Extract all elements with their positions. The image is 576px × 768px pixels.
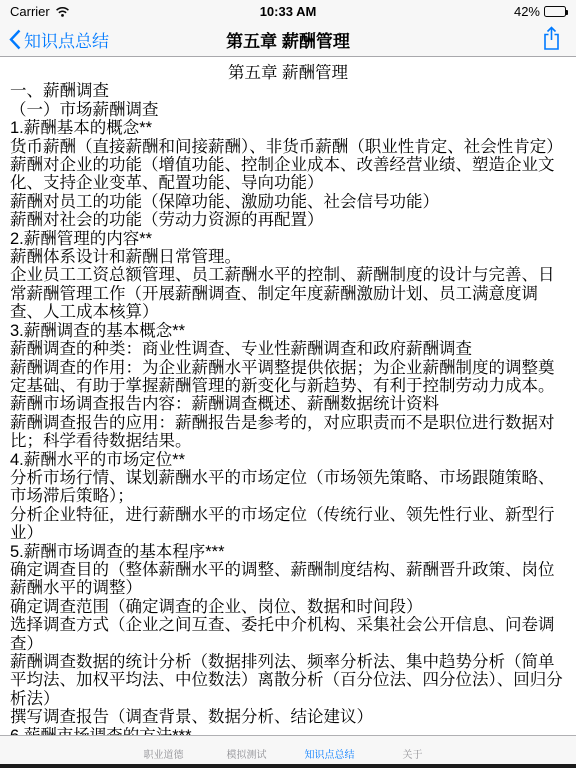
battery-percent: 42% [514,4,540,19]
content-paragraph: 1.薪酬基本的概念** [10,119,566,137]
content-paragraph: 薪酬对社会的功能（劳动力资源的再配置） [10,211,566,229]
content-paragraph: 薪酬体系设计和薪酬日常管理。 [10,248,566,266]
tab-mock-test[interactable]: 模拟测试 [205,746,288,764]
content-paragraph: 3.薪酬调查的基本概念** [10,322,566,340]
content-paragraph: 薪酬调查的种类：商业性调查、专业性薪酬调查和政府薪酬调查 [10,340,566,358]
content-paragraph: 确定调查目的（整体薪酬水平的调整、薪酬制度结构、薪酬晋升政策、岗位薪酬水平的调整… [10,561,566,598]
content-paragraph: 薪酬对企业的功能（增值功能、控制企业成本、改善经营业绩、塑造企业文化、支持企业变… [10,156,566,193]
content-paragraph: 5.薪酬市场调查的基本程序*** [10,543,566,561]
share-button[interactable] [542,26,561,51]
content-paragraph: 薪酬调查数据的统计分析（数据排列法、频率分析法、集中趋势分析（简单平均法、加权平… [10,653,566,708]
content-paragraph: 选择调查方式（企业之间互查、委托中介机构、采集社会公开信息、问卷调查） [10,616,566,653]
tab-knowledge-summary[interactable]: 知识点总结 [288,746,371,764]
content-paragraph: 撰写调查报告（调查背景、数据分析、结论建议） [10,708,566,726]
status-time: 10:33 AM [0,4,576,19]
content-paragraph: 薪酬市场调查报告内容：薪酬调查概述、薪酬数据统计资料 [10,395,566,413]
status-bar: 10:33 AM Carrier 42% [0,0,576,22]
content-paragraph: 确定调查范围（确定调查的企业、岗位、数据和时间段） [10,598,566,616]
app-screen: 10:33 AM Carrier 42% [0,0,576,768]
content-paragraph: 2.薪酬管理的内容** [10,230,566,248]
tab-occupational-ethics[interactable]: 职业道德 [122,746,205,764]
bottom-edge-strip [0,764,576,768]
share-icon [542,38,561,55]
content-paragraph: 货币薪酬（直接薪酬和间接薪酬）、非货币薪酬（职业性肯定、社会性肯定） [10,138,566,156]
tab-bar: 职业道德 模拟测试 知识点总结 关于 [0,735,576,764]
content-paragraph: （一）市场薪酬调查 [10,101,566,119]
content-paragraph: 企业员工工资总额管理、员工薪酬水平的控制、薪酬制度的设计与完善、日常薪酬管理工作… [10,266,566,321]
content-paragraph: 薪酬调查报告的应用：薪酬报告是参考的，对应职责而不是职位进行数据对比；科学看待数… [10,414,566,451]
content-paragraph: 薪酬调查的作用：为企业薪酬水平调整提供依据；为企业薪酬制度的调整奠定基础、有助于… [10,359,566,396]
content-paragraph: 一、薪酬调查 [10,82,566,100]
chevron-left-icon [9,29,21,50]
content-paragraph: 4.薪酬水平的市场定位** [10,451,566,469]
content-paragraph: 分析市场行情、谋划薪酬水平的市场定位（市场领先策略、市场跟随策略、市场滞后策略）… [10,469,566,506]
back-button-label: 知识点总结 [24,27,109,52]
top-chrome: 10:33 AM Carrier 42% [0,0,576,57]
content-paragraph: 6.薪酬市场调查的方法*** [10,727,566,735]
carrier-label: Carrier [10,4,50,19]
wifi-icon [55,6,70,17]
chapter-heading: 第五章 薪酬管理 [10,64,566,82]
back-button[interactable]: 知识点总结 [9,22,109,56]
content-scroll-area[interactable]: 第五章 薪酬管理 一、薪酬调查 （一）市场薪酬调查 1.薪酬基本的概念** 货币… [0,58,576,735]
content-paragraph: 薪酬对员工的功能（保障功能、激励功能、社会信号功能） [10,193,566,211]
navigation-bar: 知识点总结 第五章 薪酬管理 [0,22,576,56]
battery-icon [544,6,566,17]
content-paragraph: 分析企业特征，进行薪酬水平的市场定位（传统行业、领先性行业、新型行业） [10,506,566,543]
tab-about[interactable]: 关于 [371,746,454,764]
